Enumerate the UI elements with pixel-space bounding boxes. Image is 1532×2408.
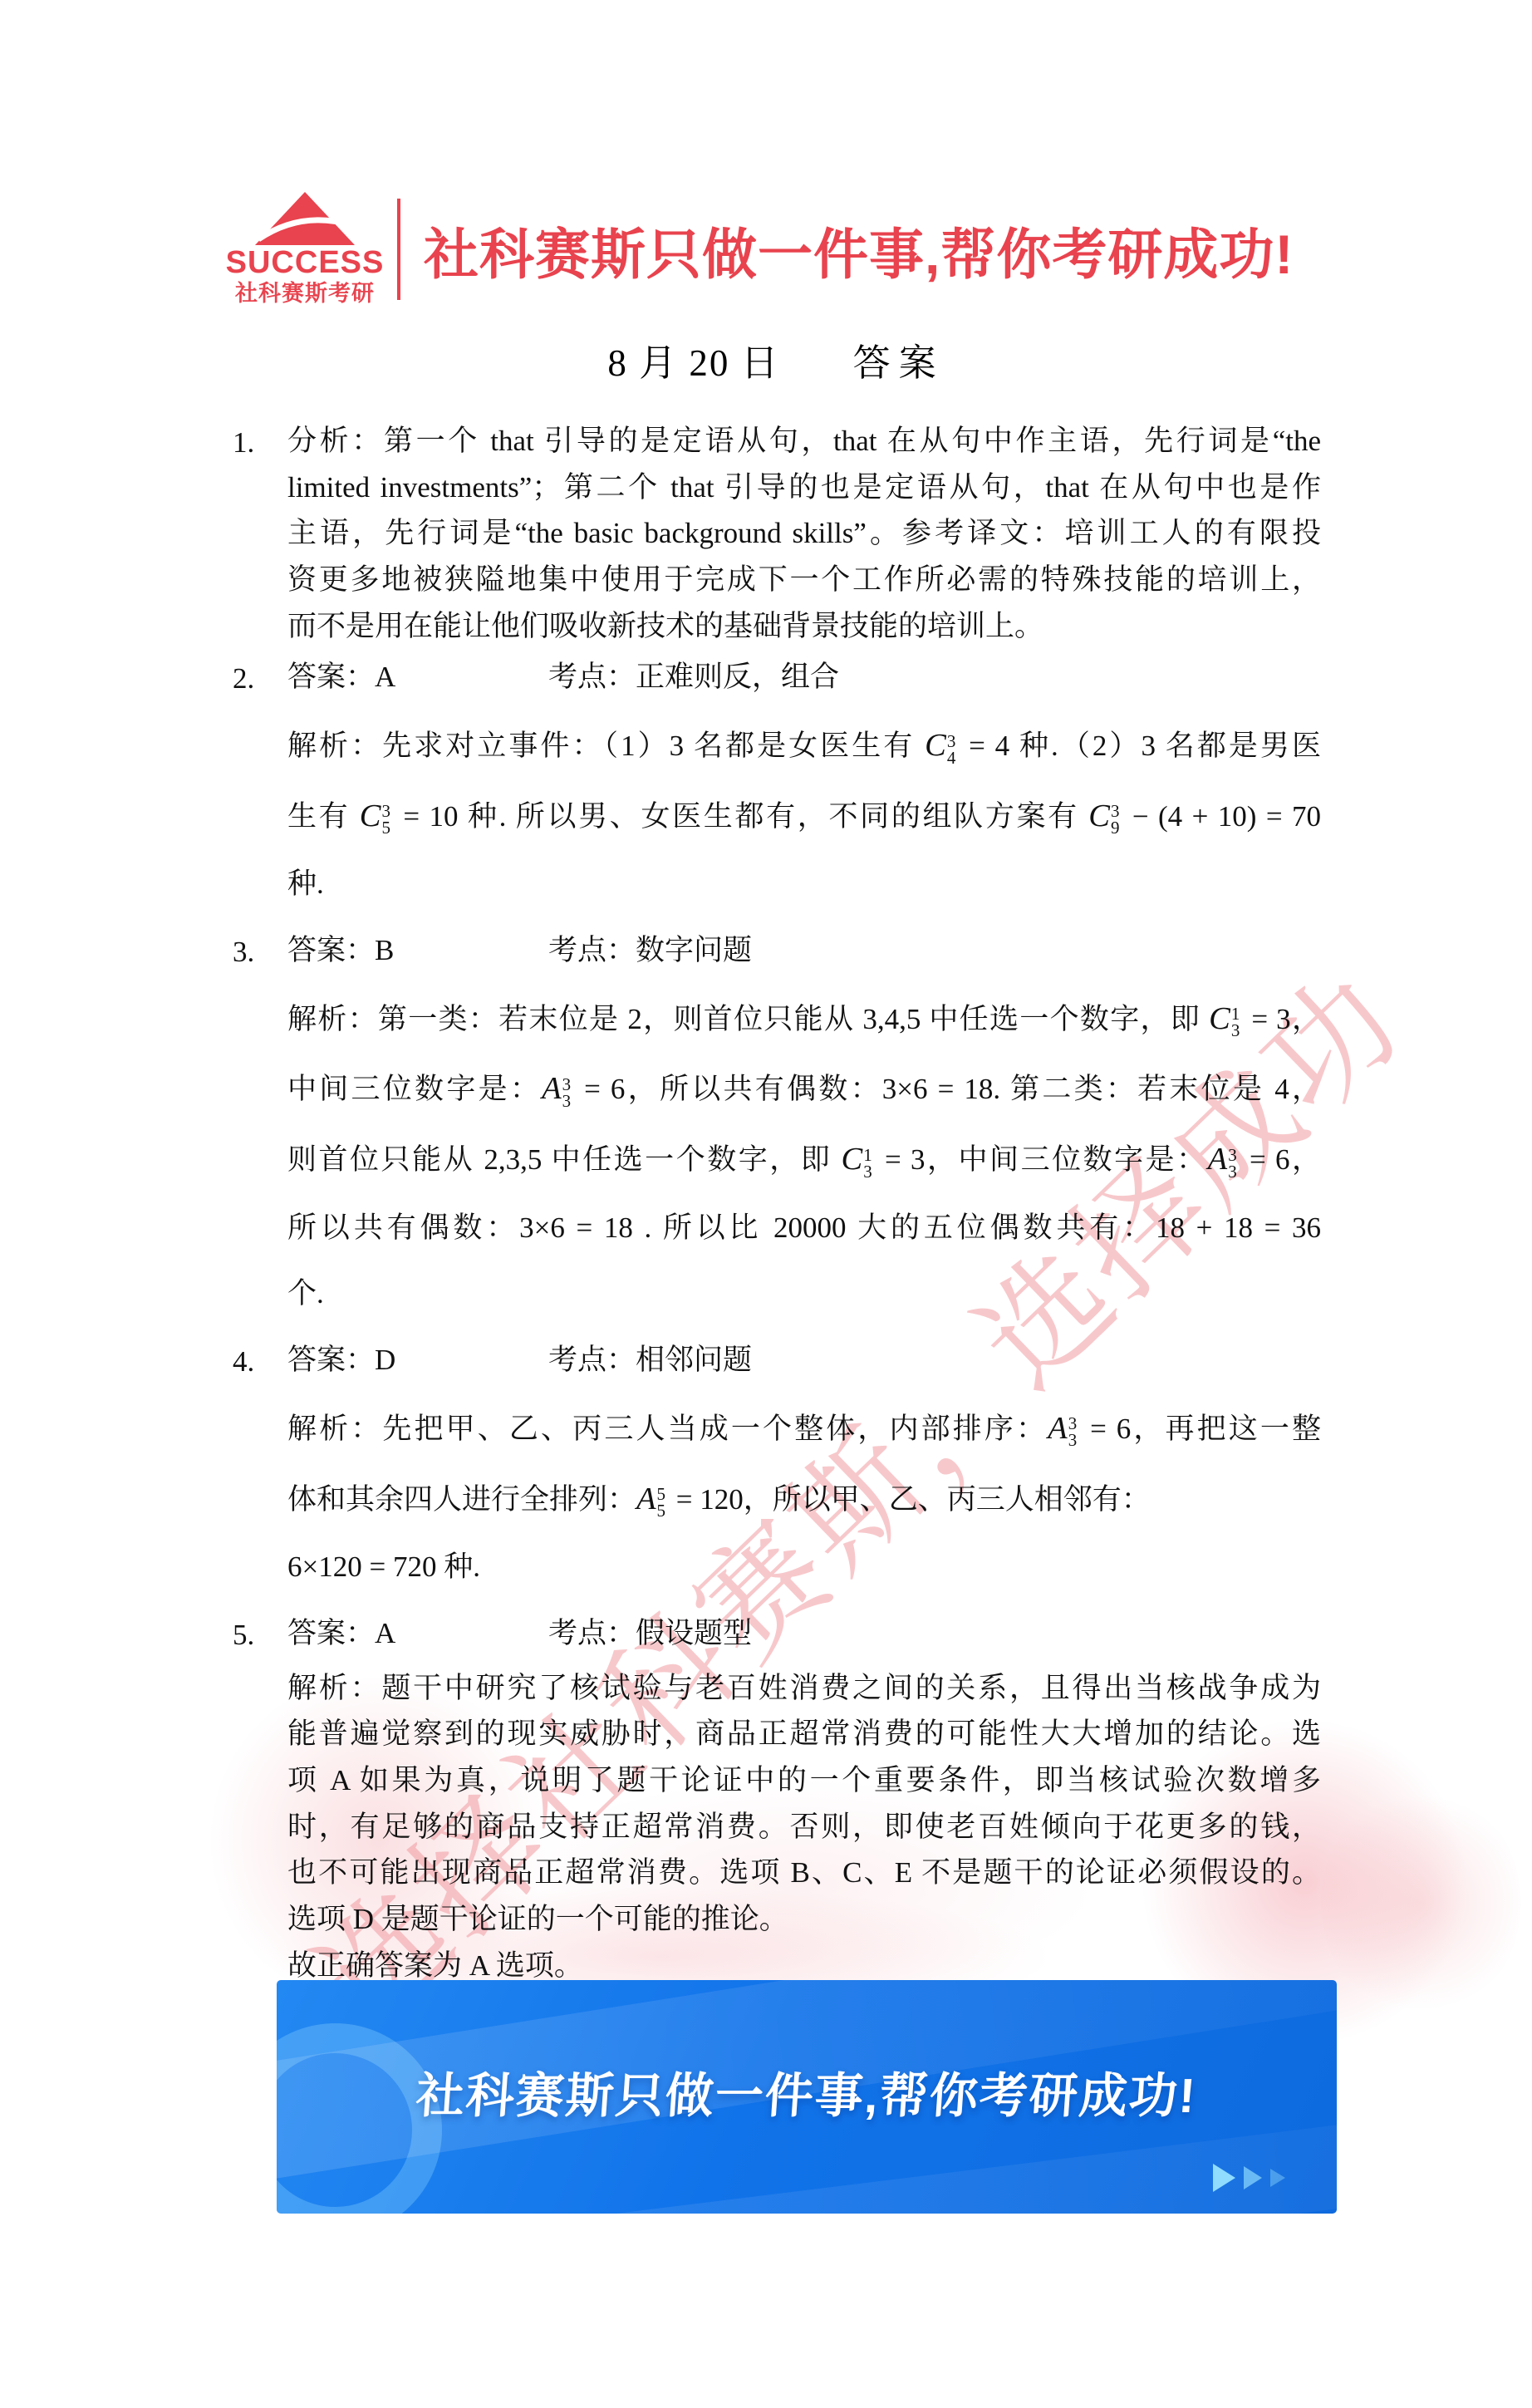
math-subscript: 3 bbox=[1228, 1164, 1237, 1181]
exam-point-label: 考点：假设题型 bbox=[548, 1613, 1321, 1654]
exam-point-label: 考点：相邻问题 bbox=[548, 1339, 1321, 1381]
answer-label: 答案：B bbox=[287, 930, 548, 971]
text-line: 主语，先行词是“the basic background skills”。参考译… bbox=[287, 513, 1321, 554]
text-line: 种. bbox=[287, 863, 1321, 905]
exam-point-label: 考点：数字问题 bbox=[548, 930, 1321, 971]
header-divider bbox=[397, 199, 400, 300]
logo-brand-sub: 社科赛斯考研 bbox=[235, 280, 375, 307]
title-word: 答案 bbox=[853, 342, 945, 384]
math-scripts: 13 bbox=[1231, 1006, 1240, 1039]
answer-item: 1.分析：第一个 that 引导的是定语从句，that 在从句中作主语，先行词是… bbox=[231, 420, 1321, 646]
math-subscript: 9 bbox=[1111, 820, 1120, 837]
play-arrow-icon bbox=[1270, 2169, 1285, 2187]
answer-list: 1.分析：第一个 that 引导的是定语从句，that 在从句中作主语，先行词是… bbox=[231, 415, 1321, 1996]
answer-row: 答案：B考点：数字问题 bbox=[287, 930, 1321, 971]
document-page: SUCCESS 社科赛斯考研 社科赛斯只做一件事,帮你考研成功! 8 月 20 … bbox=[0, 0, 1532, 2408]
math-base: C bbox=[1088, 799, 1110, 833]
math-base: C bbox=[842, 1142, 863, 1177]
math-base: A bbox=[1048, 1411, 1068, 1446]
exam-point-label: 考点：正难则反，组合 bbox=[548, 656, 1321, 698]
math-scripts: 34 bbox=[947, 734, 956, 767]
text-line: 中间三位数字是：A33 = 6，所以共有偶数：3×6 = 18. 第二类：若末位… bbox=[287, 1066, 1321, 1112]
math-scripts: 13 bbox=[863, 1147, 872, 1181]
answer-row: 答案：A考点：正难则反，组合 bbox=[287, 656, 1321, 698]
math-formula: C39 bbox=[1088, 800, 1122, 833]
text-line: 6×120 = 720 种. bbox=[287, 1546, 1321, 1588]
text-line: 分析：第一个 that 引导的是定语从句，that 在从句中作主语，先行词是“t… bbox=[287, 420, 1321, 462]
math-formula: C35 bbox=[360, 800, 394, 833]
text-line: 体和其余四人进行全排列：A55 = 120，所以甲、乙、丙三人相邻有： bbox=[287, 1477, 1321, 1522]
text-line: 解析：先把甲、乙、丙三人当成一个整体，内部排序：A33 = 6，再把这一整 bbox=[287, 1406, 1321, 1452]
answer-item: 2.答案：A考点：正难则反，组合解析：先求对立事件：（1）3 名都是女医生有 C… bbox=[231, 656, 1321, 905]
answer-item: 5.答案：A考点：假设题型解析：题干中研究了核试验与老百姓消费之间的关系，且得出… bbox=[231, 1613, 1321, 1987]
text-line: 生有 C35 = 10 种. 所以男、女医生都有，不同的组队方案有 C39 − … bbox=[287, 794, 1321, 839]
math-subscript: 3 bbox=[1231, 1023, 1240, 1039]
text-line: 个. bbox=[287, 1273, 1321, 1315]
math-base: A bbox=[1208, 1142, 1228, 1177]
math-formula: C13 bbox=[1209, 1003, 1243, 1035]
answer-row: 答案：D考点：相邻问题 bbox=[287, 1339, 1321, 1381]
item-number: 4. bbox=[233, 1341, 254, 1383]
math-base: C bbox=[1209, 1001, 1230, 1036]
math-scripts: 33 bbox=[562, 1077, 572, 1110]
text-line: 时，有足够的商品支持正超常消费。否则，即使老百姓倾向于花更多的钱， bbox=[287, 1806, 1321, 1848]
math-formula: A55 bbox=[636, 1483, 669, 1516]
item-number: 5. bbox=[233, 1614, 254, 1656]
text-line: 解析：题干中研究了核试验与老百姓消费之间的关系，且得出当核战争成为 bbox=[287, 1668, 1321, 1709]
banner: 社科赛斯只做一件事,帮你考研成功! bbox=[277, 1980, 1337, 2214]
banner-arrows bbox=[1205, 2164, 1285, 2192]
math-scripts: 39 bbox=[1111, 803, 1120, 837]
math-formula: A33 bbox=[1208, 1143, 1240, 1176]
text-line: 所以共有偶数：3×6 = 18 . 所以比 20000 大的五位偶数共有：18 … bbox=[287, 1207, 1321, 1249]
math-scripts: 33 bbox=[1068, 1416, 1078, 1449]
answer-item: 3.答案：B考点：数字问题解析：第一类：若末位是 2，则首位只能从 3,4,5 … bbox=[231, 930, 1321, 1315]
math-subscript: 5 bbox=[381, 820, 390, 837]
math-subscript: 5 bbox=[657, 1503, 666, 1520]
page-title: 8 月 20 日答案 bbox=[231, 332, 1321, 386]
play-arrow-icon bbox=[1244, 2166, 1262, 2189]
item-number: 1. bbox=[233, 422, 254, 464]
logo-roof-icon bbox=[255, 192, 355, 245]
answer-label: 答案：D bbox=[287, 1339, 548, 1381]
math-subscript: 3 bbox=[562, 1093, 572, 1110]
math-subscript: 4 bbox=[947, 750, 956, 767]
math-formula: A33 bbox=[542, 1073, 574, 1105]
pink-watercolor-blob bbox=[1321, 1786, 1520, 2019]
title-date: 8 月 20 日 bbox=[607, 342, 779, 384]
math-scripts: 33 bbox=[1228, 1147, 1237, 1181]
answer-item: 4.答案：D考点：相邻问题解析：先把甲、乙、丙三人当成一个整体，内部排序：A33… bbox=[231, 1339, 1321, 1588]
brand-logo: SUCCESS 社科赛斯考研 bbox=[231, 192, 379, 307]
header-slogan: 社科赛斯只做一件事,帮你考研成功! bbox=[424, 210, 1294, 289]
item-number: 2. bbox=[233, 658, 254, 700]
text-line: 能普遍觉察到的现实威胁时，商品正超常消费的可能性大大增加的结论。选 bbox=[287, 1713, 1321, 1755]
math-base: A bbox=[542, 1071, 562, 1106]
math-formula: A33 bbox=[1048, 1413, 1080, 1445]
header: SUCCESS 社科赛斯考研 社科赛斯只做一件事,帮你考研成功! bbox=[231, 187, 1294, 312]
play-arrow-icon bbox=[1213, 2164, 1235, 2192]
math-formula: C34 bbox=[925, 730, 959, 762]
math-scripts: 55 bbox=[657, 1487, 666, 1520]
text-line: 也不可能出现商品正超常消费。选项 B、C、E 不是题干的论证必须假设的。 bbox=[287, 1852, 1321, 1894]
math-base: C bbox=[925, 728, 946, 763]
text-line: 而不是用在能让他们吸收新技术的基础背景技能的培训上。 bbox=[287, 606, 1321, 647]
text-line: 则首位只能从 2,3,5 中任选一个数字，即 C13 = 3，中间三位数字是：A… bbox=[287, 1137, 1321, 1182]
math-subscript: 3 bbox=[863, 1164, 872, 1181]
item-number: 3. bbox=[233, 931, 254, 973]
math-base: C bbox=[360, 799, 381, 833]
answer-label: 答案：A bbox=[287, 656, 548, 698]
math-base: A bbox=[636, 1482, 656, 1516]
math-subscript: 3 bbox=[1068, 1433, 1078, 1449]
math-formula: C13 bbox=[842, 1143, 876, 1176]
math-scripts: 35 bbox=[381, 803, 390, 837]
answer-label: 答案：A bbox=[287, 1613, 548, 1654]
text-line: 资更多地被狭隘地集中使用于完成下一个工作所必需的特殊技能的培训上， bbox=[287, 559, 1321, 601]
text-line: 项 A 如果为真，说明了题干论证中的一个重要条件，即当核试验次数增多 bbox=[287, 1760, 1321, 1801]
text-line: 选项 D 是题干论证的一个可能的推论。 bbox=[287, 1899, 1321, 1940]
banner-slogan: 社科赛斯只做一件事,帮你考研成功! bbox=[277, 2057, 1337, 2126]
answer-row: 答案：A考点：假设题型 bbox=[287, 1613, 1321, 1654]
text-line: 解析：第一类：若末位是 2，则首位只能从 3,4,5 中任选一个数字，即 C13… bbox=[287, 996, 1321, 1042]
logo-brand-text: SUCCESS bbox=[226, 247, 385, 280]
text-line: limited investments”；第二个 that 引导的也是定语从句，… bbox=[287, 467, 1321, 509]
text-line: 解析：先求对立事件：（1）3 名都是女医生有 C34 = 4 种.（2）3 名都… bbox=[287, 723, 1321, 769]
